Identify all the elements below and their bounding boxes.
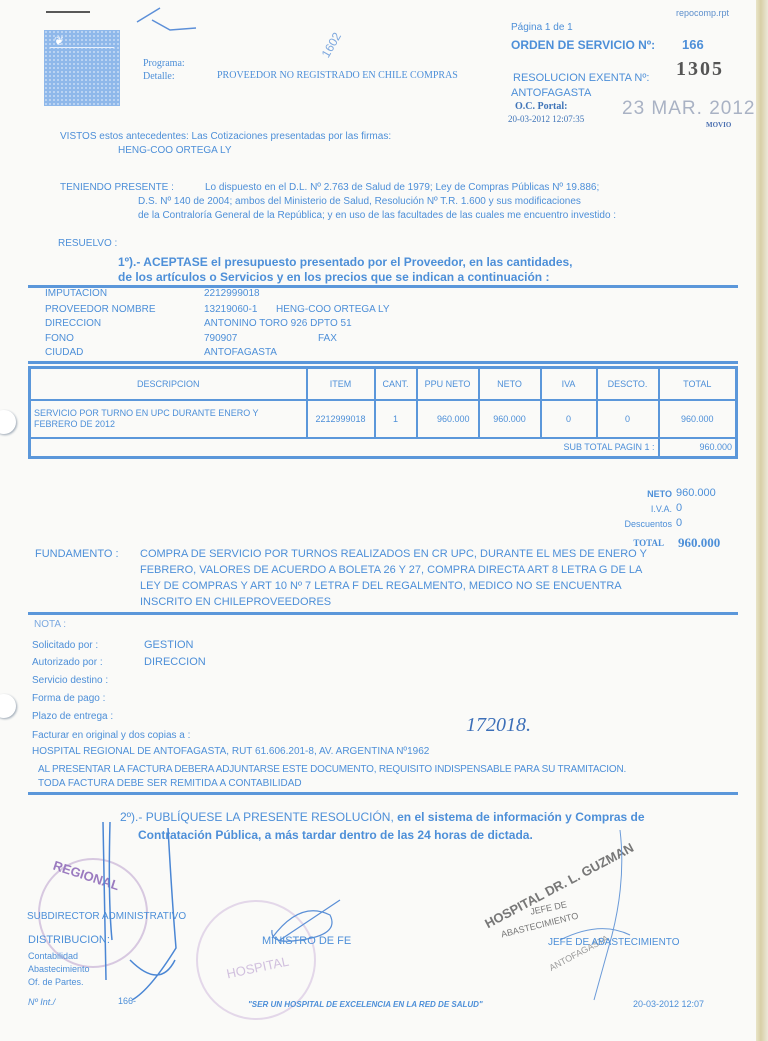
distribucion-item: Abastecimiento (28, 964, 90, 974)
n-int-label: Nº Int./ (28, 997, 55, 1007)
footer-datetime: 20-03-2012 12:07 (633, 999, 704, 1009)
subdirector-title: SUBDIRECTOR ADMINISTRATIVO (27, 911, 186, 922)
hospital-motto: "SER UN HOSPITAL DE EXCELENCIA EN LA RED… (248, 1000, 483, 1009)
scanned-document-page: ❦ repocomp.rpt Página 1 de 1 ORDEN DE SE… (0, 0, 756, 1041)
signature-ink (0, 0, 768, 1041)
distribucion-label: DISTRIBUCION: (28, 934, 110, 946)
jefe-title: JEFE DE ABASTECIMIENTO (548, 937, 680, 948)
ministro-title: MINISTRO DE FE (262, 935, 351, 947)
n-int-value: 166- (118, 996, 136, 1006)
paper-edge (756, 0, 768, 1041)
distribucion-item: Of. de Partes. (28, 977, 84, 987)
distribucion-item: Contabilidad (28, 951, 78, 961)
